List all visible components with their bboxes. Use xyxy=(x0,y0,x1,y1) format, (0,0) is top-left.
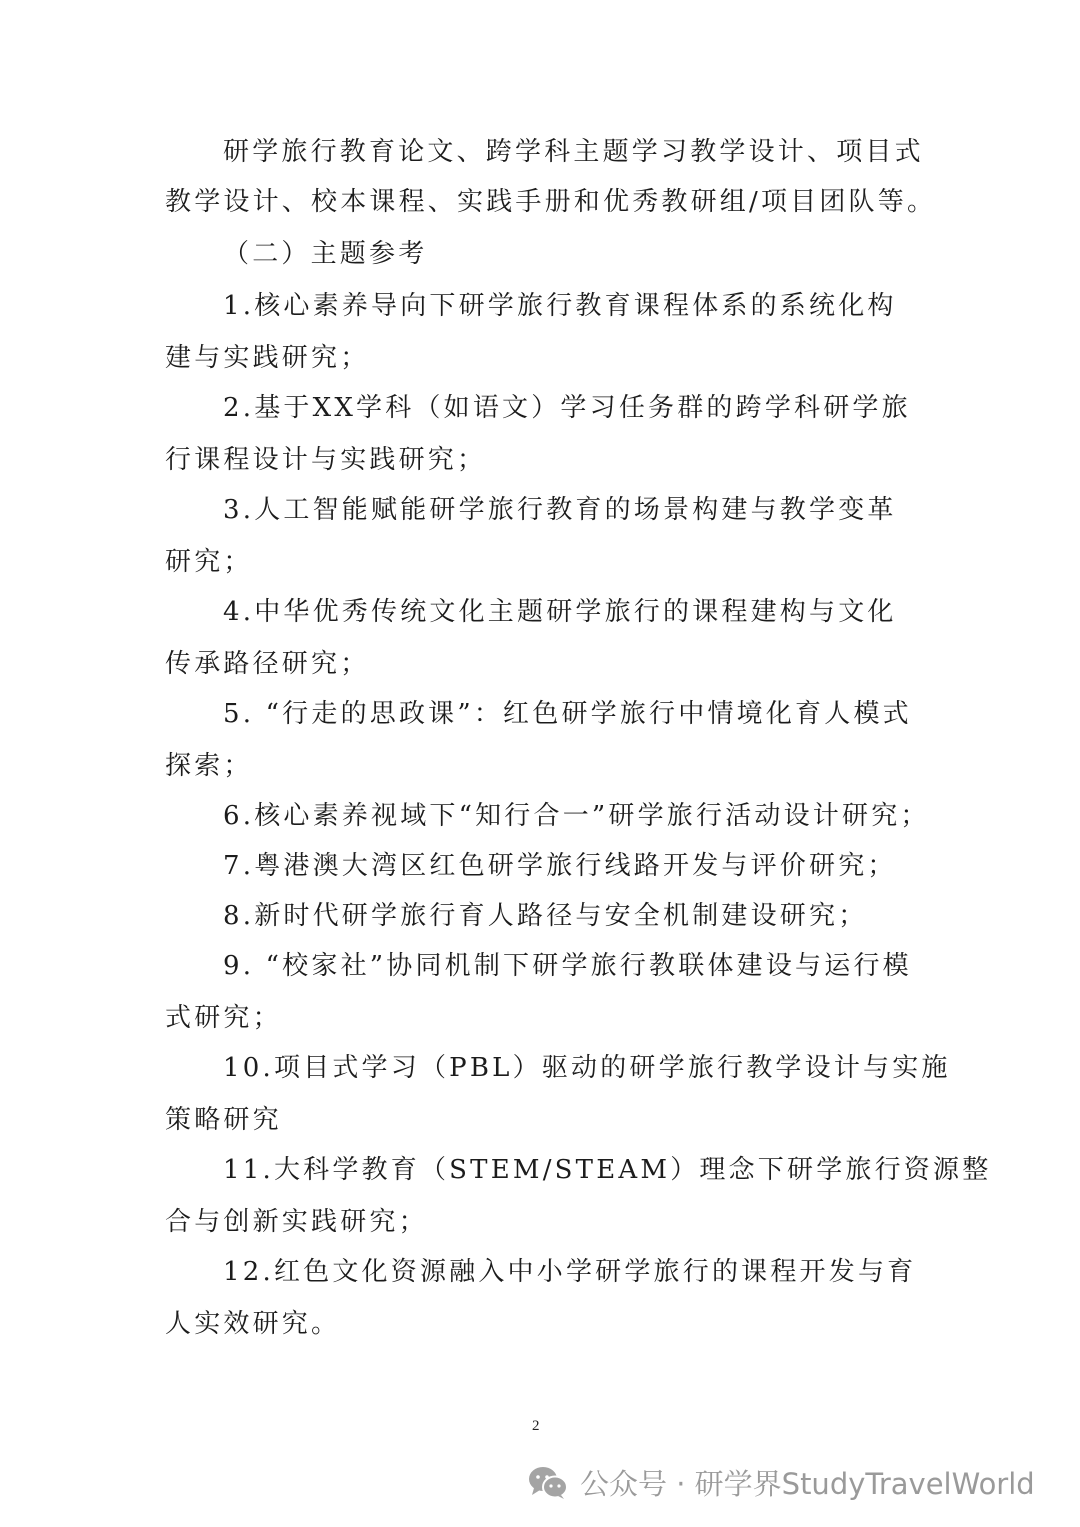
topic-3-line-1: 3.人工智能赋能研学旅行教育的场景构建与教学变革 xyxy=(223,490,897,530)
topic-2-line-2: 行课程设计与实践研究； xyxy=(165,440,486,480)
topic-4-line-1: 4.中华优秀传统文化主题研学旅行的课程建构与文化 xyxy=(223,592,897,632)
section-heading: （二）主题参考 xyxy=(223,234,427,274)
topic-2-line-1: 2.基于XX学科（如语文）学习任务群的跨学科研学旅 xyxy=(223,388,911,428)
topic-9-line-2: 式研究； xyxy=(165,998,282,1038)
topic-7: 7.粤港澳大湾区红色研学旅行线路开发与评价研究； xyxy=(223,846,897,886)
topic-10-line-2: 策略研究 xyxy=(165,1100,282,1140)
topic-6: 6.核心素养视域下“知行合一”研学旅行活动设计研究； xyxy=(223,796,930,836)
topic-1-line-2: 建与实践研究； xyxy=(165,338,369,378)
topic-1-line-1: 1.核心素养导向下研学旅行教育课程体系的系统化构 xyxy=(223,286,897,326)
topic-4-line-2: 传承路径研究； xyxy=(165,644,369,684)
topic-10-line-1: 10.项目式学习（PBL）驱动的研学旅行教学设计与实施 xyxy=(223,1048,951,1088)
topic-3-line-2: 研究； xyxy=(165,542,253,582)
topic-11-line-1: 11.大科学教育（STEM/STEAM）理念下研学旅行资源整 xyxy=(223,1150,991,1190)
body-line-2: 教学设计、校本课程、实践手册和优秀教研组/项目团队等。 xyxy=(165,182,936,222)
watermark: 公众号 · 研学界StudyTravelWorld xyxy=(528,1462,1035,1503)
page-number: 2 xyxy=(532,1418,540,1435)
topic-12-line-2: 人实效研究。 xyxy=(165,1304,340,1344)
topic-11-line-2: 合与创新实践研究； xyxy=(165,1202,428,1242)
body-line-1: 研学旅行教育论文、跨学科主题学习教学设计、项目式 xyxy=(223,132,924,172)
topic-5-line-2: 探索； xyxy=(165,746,253,786)
wechat-icon xyxy=(528,1466,568,1500)
topic-12-line-1: 12.红色文化资源融入中小学研学旅行的课程开发与育 xyxy=(223,1252,916,1292)
topic-9-line-1: 9. “校家社”协同机制下研学旅行教联体建设与运行模 xyxy=(223,946,912,986)
topic-8: 8.新时代研学旅行育人路径与安全机制建设研究； xyxy=(223,896,867,936)
topic-5-line-1: 5. “行走的思政课”：红色研学旅行中情境化育人模式 xyxy=(223,694,912,734)
watermark-text: 公众号 · 研学界StudyTravelWorld xyxy=(580,1462,1035,1503)
